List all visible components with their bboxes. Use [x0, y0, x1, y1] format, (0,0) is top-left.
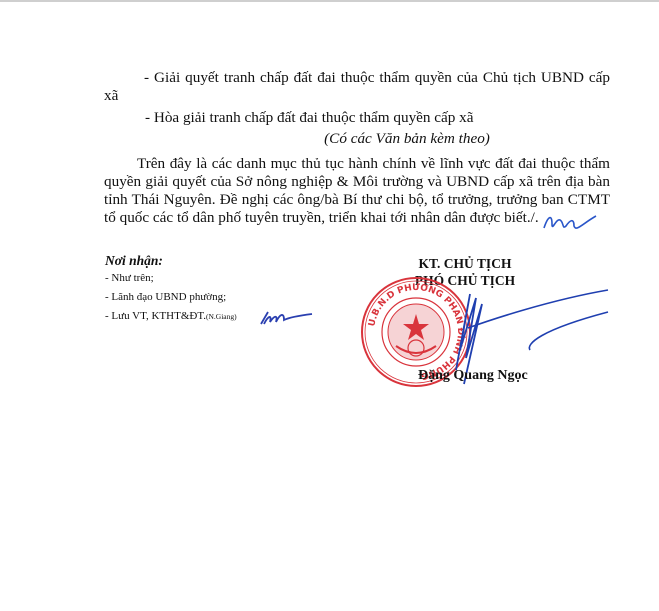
signature-title-line1: KT. CHỦ TỊCH [380, 255, 550, 272]
recipients-title: Nơi nhận: [105, 252, 237, 269]
recipient-item-archive: - Lưu VT, KTHT&ĐT. [105, 310, 206, 322]
list-item-dispute-resolution: - Giải quyết tranh chấp đất đai thuộc th… [104, 69, 610, 105]
initials-signature-icon [540, 210, 600, 236]
signer-name: Đặng Quang Ngọc [418, 368, 528, 384]
attachment-note: (Có các Văn bản kèm theo) [104, 130, 610, 148]
recipient-item: - Như trên; [105, 269, 237, 288]
recipient-item: - Lưu VT, KTHT&ĐT.(N.Giang) [105, 307, 237, 326]
drafter-note: (N.Giang) [206, 312, 237, 321]
recipients-block: Nơi nhận: - Như trên; - Lãnh đạo UBND ph… [105, 252, 237, 326]
closing-paragraph: Trên đây là các danh mục thủ tục hành ch… [104, 155, 610, 227]
list-item-mediation: - Hòa giải tranh chấp đất đai thuộc thẩm… [104, 109, 610, 127]
page-top-border [0, 0, 659, 2]
drafter-signature-icon [258, 308, 314, 328]
recipient-item: - Lãnh đạo UBND phường; [105, 288, 237, 307]
